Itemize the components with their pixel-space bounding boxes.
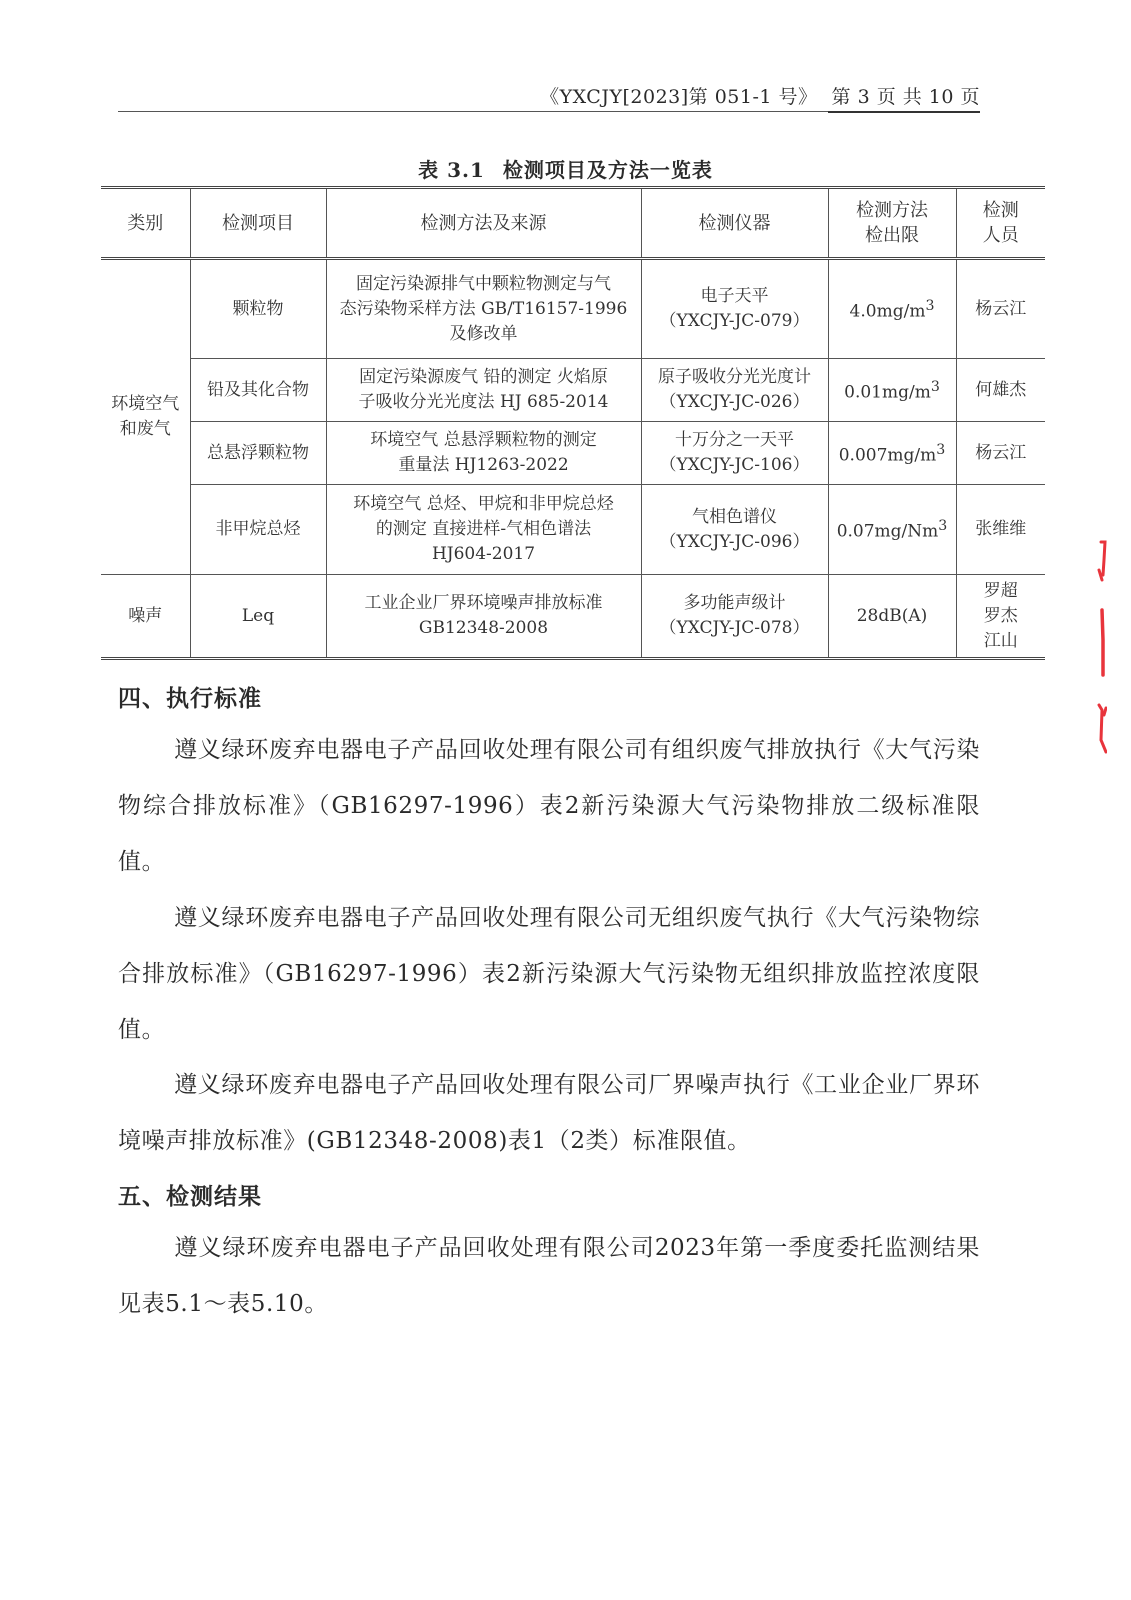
item-cell: Leq xyxy=(190,575,326,659)
instrument-cell: 原子吸收分光光度计 （YXCJY-JC-026） xyxy=(641,359,828,422)
column-header-method: 检测方法及来源 xyxy=(326,188,641,259)
limit-cell: 4.0mg/m3 xyxy=(828,259,956,359)
table-row: 铅及其化合物 固定污染源废气 铅的测定 火焰原 子吸收分光光度法 HJ 685-… xyxy=(101,359,1045,422)
limit-cell: 0.007mg/m3 xyxy=(828,422,956,485)
method-cell: 工业企业厂界环境噪声排放标准 GB12348-2008 xyxy=(326,575,641,659)
staff-cell: 杨云江 xyxy=(956,259,1045,359)
category-cell: 噪声 xyxy=(101,575,190,659)
item-cell: 总悬浮颗粒物 xyxy=(190,422,326,485)
method-cell: 环境空气 总烃、甲烷和非甲烷总烃 的测定 直接进样-气相色谱法 HJ604-20… xyxy=(326,485,641,575)
standards-paragraph-1: 遵义绿环废弃电器电子产品回收处理有限公司有组织废气排放执行《大气污染物综合排放标… xyxy=(118,722,980,890)
instrument-cell: 电子天平 （YXCJY-JC-079） xyxy=(641,259,828,359)
limit-cell: 28dB(A) xyxy=(828,575,956,659)
staff-cell: 张维维 xyxy=(956,485,1045,575)
section-heading-results: 五、检测结果 xyxy=(118,1178,262,1211)
method-cell: 环境空气 总悬浮颗粒物的测定 重量法 HJ1263-2022 xyxy=(326,422,641,485)
table-row: 总悬浮颗粒物 环境空气 总悬浮颗粒物的测定 重量法 HJ1263-2022 十万… xyxy=(101,422,1045,485)
seal-stamp-fragment-icon xyxy=(1093,540,1107,755)
column-header-staff: 检测 人员 xyxy=(956,188,1045,259)
page-info: 第 3 页 共 10 页 xyxy=(832,86,980,108)
table-number: 表 3.1 xyxy=(418,158,485,182)
limit-cell: 0.07mg/Nm3 xyxy=(828,485,956,575)
column-header-category: 类别 xyxy=(101,188,190,259)
table-caption: 表 3.1检测项目及方法一览表 xyxy=(0,154,1131,183)
staff-cell: 何雄杰 xyxy=(956,359,1045,422)
limit-cell: 0.01mg/m3 xyxy=(828,359,956,422)
method-cell: 固定污染源废气 铅的测定 火焰原 子吸收分光光度法 HJ 685-2014 xyxy=(326,359,641,422)
staff-cell: 罗超 罗杰 江山 xyxy=(956,575,1045,659)
section-heading-standards: 四、执行标准 xyxy=(118,680,262,713)
document-number: 《YXCJY[2023]第 051-1 号》 xyxy=(540,86,817,108)
category-cell: 环境空气 和废气 xyxy=(101,259,190,575)
header-divider-accent xyxy=(828,111,980,113)
column-header-instrument: 检测仪器 xyxy=(641,188,828,259)
column-header-limit: 检测方法 检出限 xyxy=(828,188,956,259)
table-header-row: 类别 检测项目 检测方法及来源 检测仪器 检测方法 检出限 检测 人员 xyxy=(101,188,1045,259)
instrument-cell: 多功能声级计 （YXCJY-JC-078） xyxy=(641,575,828,659)
item-cell: 铅及其化合物 xyxy=(190,359,326,422)
item-cell: 非甲烷总烃 xyxy=(190,485,326,575)
results-paragraph-1: 遵义绿环废弃电器电子产品回收处理有限公司2023年第一季度委托监测结果见表5.1… xyxy=(118,1220,980,1332)
instrument-cell: 气相色谱仪 （YXCJY-JC-096） xyxy=(641,485,828,575)
method-cell: 固定污染源排气中颗粒物测定与气 态污染物采样方法 GB/T16157-1996 … xyxy=(326,259,641,359)
table-row: 环境空气 和废气 颗粒物 固定污染源排气中颗粒物测定与气 态污染物采样方法 GB… xyxy=(101,259,1045,359)
table-title: 检测项目及方法一览表 xyxy=(503,158,713,182)
table-row: 非甲烷总烃 环境空气 总烃、甲烷和非甲烷总烃 的测定 直接进样-气相色谱法 HJ… xyxy=(101,485,1045,575)
standards-paragraph-2: 遵义绿环废弃电器电子产品回收处理有限公司无组织废气执行《大气污染物综合排放标准》… xyxy=(118,890,980,1058)
column-header-item: 检测项目 xyxy=(190,188,326,259)
standards-paragraph-3: 遵义绿环废弃电器电子产品回收处理有限公司厂界噪声执行《工业企业厂界环境噪声排放标… xyxy=(118,1057,980,1169)
table-row: 噪声 Leq 工业企业厂界环境噪声排放标准 GB12348-2008 多功能声级… xyxy=(101,575,1045,659)
staff-cell: 杨云江 xyxy=(956,422,1045,485)
methods-table: 类别 检测项目 检测方法及来源 检测仪器 检测方法 检出限 检测 人员 环境空气… xyxy=(101,186,1045,660)
instrument-cell: 十万分之一天平 （YXCJY-JC-106） xyxy=(641,422,828,485)
item-cell: 颗粒物 xyxy=(190,259,326,359)
